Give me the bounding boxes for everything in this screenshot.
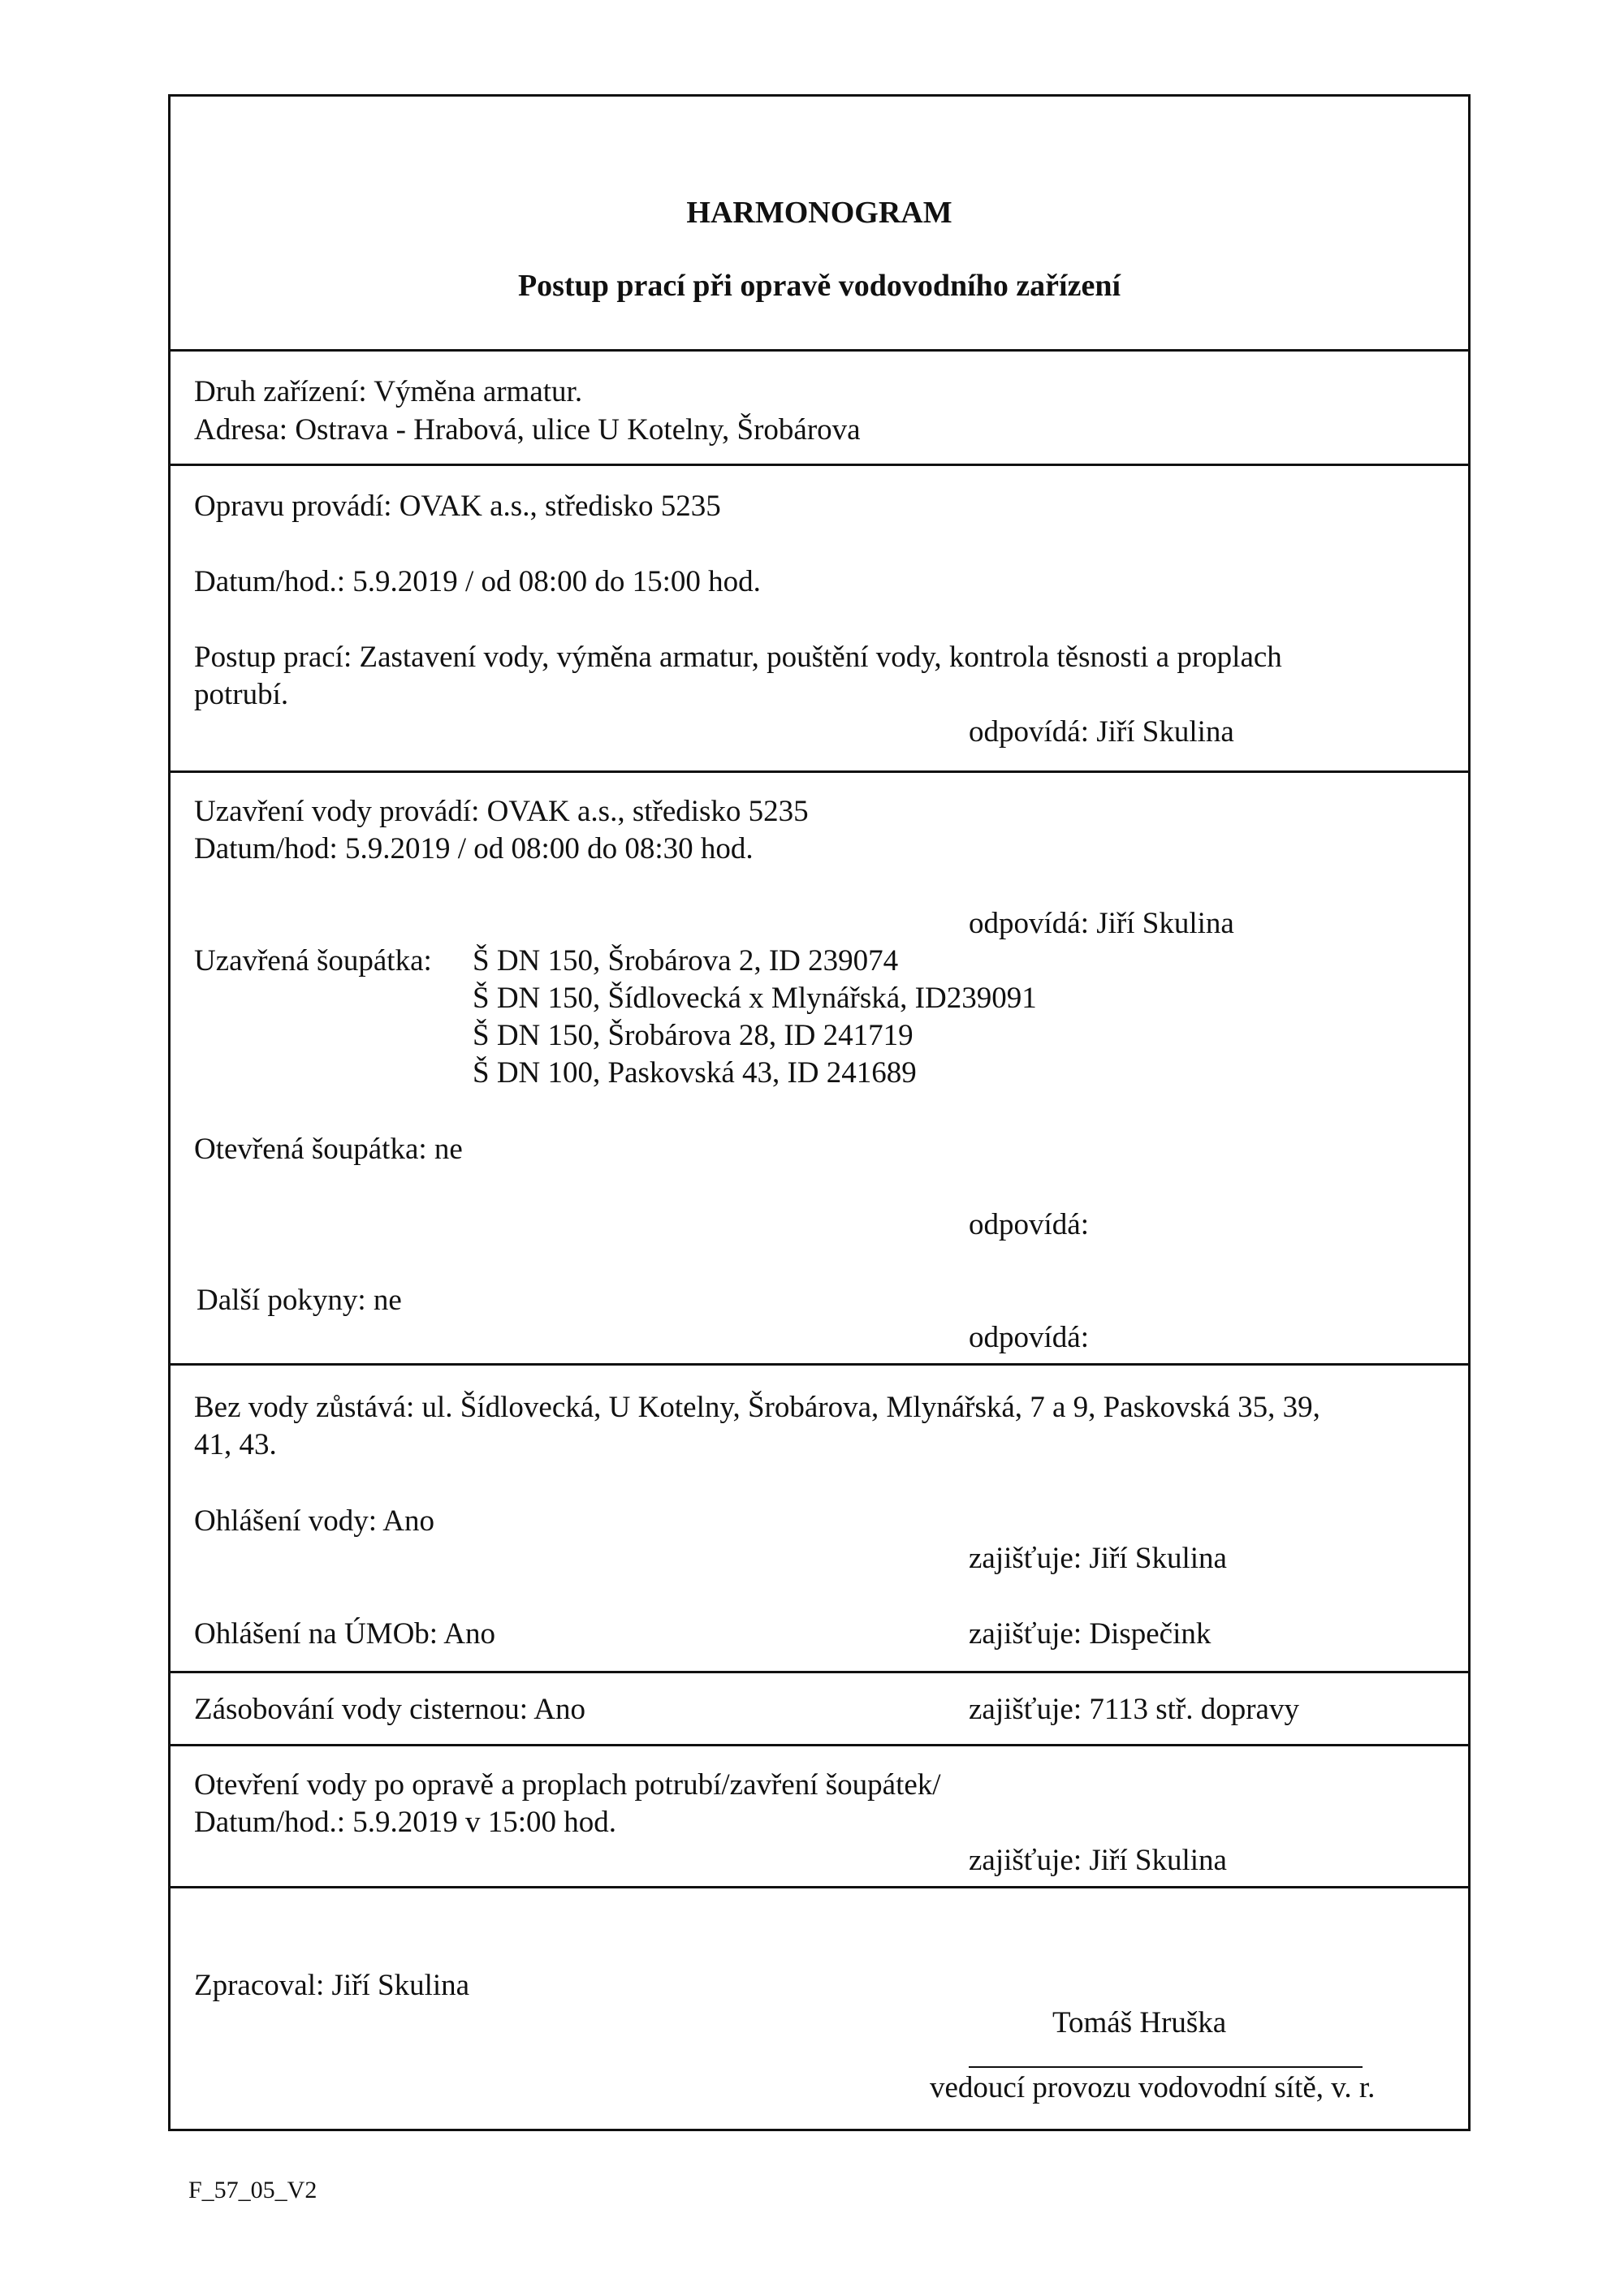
closure-performer: Uzavření vody provádí: OVAK a.s., středi… — [194, 793, 809, 831]
prepared-by: Zpracoval: Jiří Skulina — [194, 1967, 469, 2005]
signature-line — [969, 2066, 1363, 2068]
closure-datetime: Datum/hod: 5.9.2019 / od 08:00 do 08:30 … — [194, 831, 754, 868]
repair-performer: Opravu provádí: OVAK a.s., středisko 523… — [194, 488, 721, 525]
water-announcement: Ohlášení vody: Ano — [194, 1503, 434, 1540]
section-divider — [171, 1886, 1468, 1888]
form-code: F_57_05_V2 — [188, 2176, 317, 2205]
section-divider — [171, 1671, 1468, 1673]
instructions-responsible: odpovídá: — [969, 1319, 1089, 1357]
repair-responsible: odpovídá: Jiří Skulina — [969, 714, 1234, 751]
closed-valve-item: Š DN 150, Šídlovecká x Mlynářská, ID2390… — [473, 980, 1037, 1017]
reopen-provider: zajišťuje: Jiří Skulina — [969, 1842, 1227, 1880]
work-procedure-line1: Postup prací: Zastavení vody, výměna arm… — [194, 639, 1282, 676]
reopen-datetime: Datum/hod.: 5.9.2019 v 15:00 hod. — [194, 1804, 616, 1841]
closed-valve-item: Š DN 150, Šrobárova 2, ID 239074 — [473, 943, 898, 980]
address: Adresa: Ostrava - Hrabová, ulice U Kotel… — [194, 412, 861, 449]
umob-announcement: Ohlášení na ÚMOb: Ano — [194, 1616, 495, 1653]
repair-datetime: Datum/hod.: 5.9.2019 / od 08:00 do 15:00… — [194, 563, 761, 601]
opened-valves: Otevřená šoupátka: ne — [194, 1131, 463, 1168]
signatory-name: Tomáš Hruška — [1052, 2005, 1226, 2042]
without-water-line1: Bez vody zůstává: ul. Šídlovecká, U Kote… — [194, 1389, 1320, 1426]
section-divider — [171, 1744, 1468, 1746]
closed-valve-item: Š DN 100, Paskovská 43, ID 241689 — [473, 1055, 917, 1092]
tanker-provider: zajišťuje: 7113 stř. dopravy — [969, 1691, 1299, 1728]
signatory-role: vedoucí provozu vodovodní sítě, v. r. — [930, 2069, 1375, 2107]
reopen-water: Otevření vody po opravě a proplach potru… — [194, 1767, 941, 1804]
section-divider — [171, 464, 1468, 466]
further-instructions: Další pokyny: ne — [197, 1282, 402, 1319]
document-subtitle: Postup prací při opravě vodovodního zaří… — [171, 267, 1468, 304]
opened-valves-responsible: odpovídá: — [969, 1206, 1089, 1244]
tanker-supply: Zásobování vody cisternou: Ano — [194, 1691, 585, 1728]
closed-valves-label: Uzavřená šoupátka: — [194, 943, 432, 980]
document-title: HARMONOGRAM — [171, 194, 1468, 231]
device-type: Druh zařízení: Výměna armatur. — [194, 373, 582, 411]
section-divider — [171, 349, 1468, 352]
section-divider — [171, 1363, 1468, 1366]
without-water-line2: 41, 43. — [194, 1426, 277, 1464]
section-divider — [171, 770, 1468, 773]
closed-valve-item: Š DN 150, Šrobárova 28, ID 241719 — [473, 1017, 914, 1055]
umob-provider: zajišťuje: Dispečink — [969, 1616, 1211, 1653]
closure-responsible: odpovídá: Jiří Skulina — [969, 905, 1234, 943]
announcement-provider: zajišťuje: Jiří Skulina — [969, 1540, 1227, 1577]
work-procedure-line2: potrubí. — [194, 676, 288, 714]
harmonogram-form: HARMONOGRAM Postup prací při opravě vodo… — [168, 94, 1471, 2131]
